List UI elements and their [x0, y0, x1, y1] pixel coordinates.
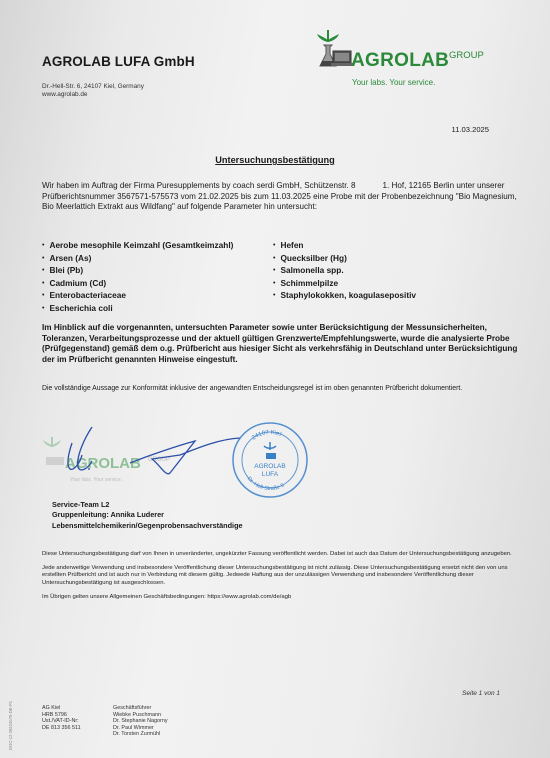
conformity-note: Die vollständige Aussage zur Konformität… — [42, 385, 522, 394]
document-id: DOC-12-28424675-DE-P1 — [8, 701, 13, 750]
svg-text:Dr.-Hell-Straße 6: Dr.-Hell-Straße 6 — [246, 476, 286, 492]
document-date: 11.03.2025 — [452, 125, 489, 134]
address-website: www.agrolab.de — [42, 91, 144, 99]
list-item: Schimmelpilze — [273, 278, 416, 291]
company-name: AGROLAB LUFA GmbH — [42, 54, 195, 69]
footer-manager: Dr. Stephanie Nagorny — [113, 718, 168, 725]
signer-team: Service-Team L2 — [52, 500, 243, 510]
verdict-paragraph: Im Hinblick auf die vorgenannten, unters… — [42, 323, 522, 365]
list-item: Salmonella spp. — [273, 265, 416, 278]
footer-court: AG Kiel — [42, 705, 81, 712]
stamp-seal-icon: 24107 Kiel Dr.-Hell-Straße 6 AGROLAB LUF… — [230, 420, 310, 500]
agrolab-group-logo: AGROLAB GROUP Your labs. Your service. — [316, 28, 516, 88]
footer-management-label: Geschäftsführer — [113, 705, 168, 712]
legal-terms-note: Im Übrigen gelten unsere Allgemeinen Ges… — [42, 594, 522, 601]
footer-vat-id: DE 813 356 511 — [42, 725, 81, 732]
parameter-list-left: Aerobe mesophile Keimzahl (Gesamtkeimzah… — [42, 240, 233, 316]
signer-lead: Gruppenleitung: Annika Luderer — [52, 510, 243, 520]
company-stamp: 24107 Kiel Dr.-Hell-Straße 6 AGROLAB LUF… — [230, 420, 310, 500]
footer-manager: Dr. Paul Wimmer — [113, 725, 168, 732]
list-item: Escherichia coli — [42, 303, 233, 316]
legal-publication-note: Diese Untersuchungsbestätigung darf von … — [42, 551, 522, 558]
footer-manager: Wiebke Puschmann — [113, 712, 168, 719]
footer-registry: AG Kiel HRB 5796 Ust./VAT-ID-Nr: DE 813 … — [42, 705, 81, 731]
address-street: Dr.-Hell-Str. 6, 24107 Kiel, Germany — [42, 83, 144, 91]
legal-usage-note: Jede anderweitige Verwendung und insbeso… — [42, 565, 522, 587]
footer-management: Geschäftsführer Wiebke Puschmann Dr. Ste… — [113, 705, 168, 738]
list-item: Aerobe mesophile Keimzahl (Gesamtkeimzah… — [42, 240, 233, 253]
footer-vat-label: Ust./VAT-ID-Nr: — [42, 718, 81, 725]
logo-wordmark: AGROLAB — [351, 50, 449, 72]
intro-paragraph: Wir haben im Auftrag der Firma Puresuppl… — [42, 181, 517, 213]
document-title: Untersuchungsbestätigung — [0, 155, 550, 165]
signer-block: Service-Team L2 Gruppenleitung: Annika L… — [52, 500, 243, 531]
list-item: Staphylokokken, koagulasepositiv — [273, 290, 416, 303]
list-item: Enterobacteriaceae — [42, 290, 233, 303]
list-item: Cadmium (Cd) — [42, 278, 233, 291]
signature-area: AGROLAB GROUP Your labs. Your service. — [40, 425, 210, 495]
plant-flask-laptop-icon — [316, 28, 356, 73]
svg-text:AGROLAB: AGROLAB — [254, 463, 285, 470]
footer-hrb: HRB 5796 — [42, 712, 81, 719]
list-item: Quecksilber (Hg) — [273, 253, 416, 266]
company-address: Dr.-Hell-Str. 6, 24107 Kiel, Germany www… — [42, 83, 144, 99]
parameter-list-right: Hefen Quecksilber (Hg) Salmonella spp. S… — [273, 240, 416, 303]
svg-text:LUFA: LUFA — [262, 471, 279, 478]
logo-group-label: GROUP — [449, 50, 484, 61]
legal-notes: Diese Untersuchungsbestätigung darf von … — [42, 551, 522, 608]
footer-manager: Dr. Torsten Zurmühl — [113, 731, 168, 738]
handwritten-signature — [40, 425, 240, 495]
list-item: Arsen (As) — [42, 253, 233, 266]
page-number: Seite 1 von 1 — [462, 690, 500, 697]
list-item: Hefen — [273, 240, 416, 253]
logo-tagline: Your labs. Your service. — [352, 78, 435, 87]
signer-role: Lebensmittelchemikerin/Gegenprobensachve… — [52, 521, 243, 531]
list-item: Blei (Pb) — [42, 265, 233, 278]
svg-text:24107 Kiel: 24107 Kiel — [251, 430, 282, 442]
